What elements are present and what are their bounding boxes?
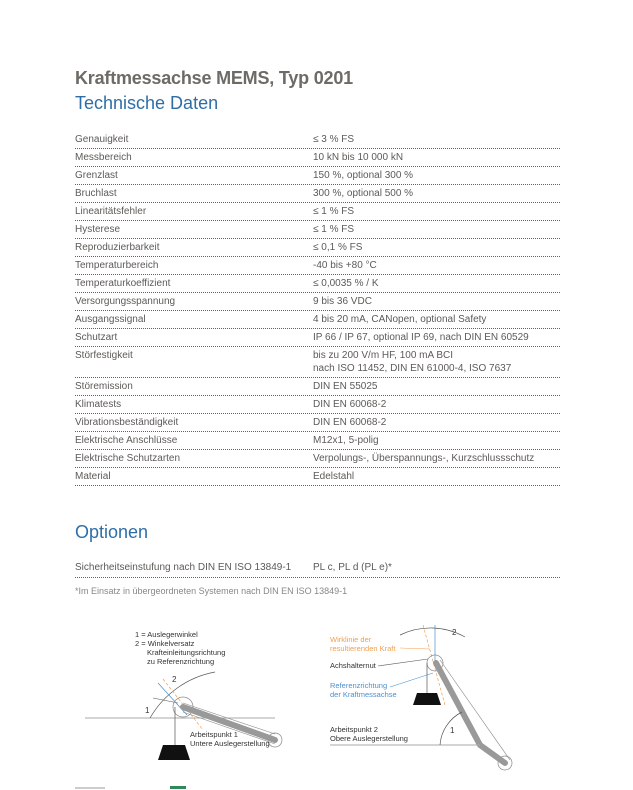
spec-row: MaterialEdelstahl [75, 468, 560, 486]
product-title: Kraftmessachse MEMS, Typ 0201 [75, 68, 353, 89]
spec-value: 9 bis 36 VDC [313, 295, 560, 308]
option-value: PL c, PL d (PL e)* [313, 561, 560, 574]
spec-label: Messbereich [75, 151, 313, 164]
spec-row: Versorgungsspannung9 bis 36 VDC [75, 293, 560, 311]
spec-row: SchutzartIP 66 / IP 67, optional IP 69, … [75, 329, 560, 347]
upper-boom-position: Obere Auslegerstellung [330, 734, 408, 743]
angle-label-1: 1 [450, 726, 455, 735]
reference-direction-label-2: der Kraftmessachse [330, 690, 397, 699]
spec-row: Temperaturbereich-40 bis +80 °C [75, 257, 560, 275]
groove-label: Achshalternut [330, 661, 377, 670]
legend-angle-offset: 2 = Winkelversatz [135, 639, 195, 648]
operating-point-2: Arbeitspunkt 2 [330, 725, 378, 734]
spec-value: bis zu 200 V/m HF, 100 mA BCI nach ISO 1… [313, 349, 560, 375]
reference-direction-label-1: Referenzrichtung [330, 681, 387, 690]
spec-row: Bruchlast300 %, optional 500 % [75, 185, 560, 203]
legend-boom-angle: 1 = Auslegerwinkel [135, 630, 198, 639]
section-title-technical-data: Technische Daten [75, 93, 218, 114]
legend-force-direction: Krafteinleitungsrichtung [147, 648, 225, 657]
spec-value: IP 66 / IP 67, optional IP 69, nach DIN … [313, 331, 560, 344]
spec-row: Ausgangssignal4 bis 20 mA, CANopen, opti… [75, 311, 560, 329]
spec-label: Störfestigkeit [75, 349, 313, 375]
spec-value: ≤ 3 % FS [313, 133, 560, 146]
spec-row: Hysterese≤ 1 % FS [75, 221, 560, 239]
angle-label-2: 2 [452, 628, 457, 637]
force-line-label-1: Wirklinie der [330, 635, 372, 644]
spec-label: Grenzlast [75, 169, 313, 182]
spec-row: Linearitätsfehler≤ 1 % FS [75, 203, 560, 221]
spec-value: DIN EN 55025 [313, 380, 560, 393]
angle-label-2: 2 [172, 675, 177, 684]
spec-row: KlimatestsDIN EN 60068-2 [75, 396, 560, 414]
spec-row: Temperaturkoeffizient≤ 0,0035 % / K [75, 275, 560, 293]
spec-label: Ausgangssignal [75, 313, 313, 326]
spec-row: StöremissionDIN EN 55025 [75, 378, 560, 396]
spec-value: 150 %, optional 300 % [313, 169, 560, 182]
spec-value: Verpolungs-, Überspannungs-, Kurzschluss… [313, 452, 560, 465]
spec-value: ≤ 0,0035 % / K [313, 277, 560, 290]
spec-table: Genauigkeit≤ 3 % FSMessbereich10 kN bis … [75, 131, 560, 486]
diagram-lower-boom-position: 1 = Auslegerwinkel 2 = Winkelversatz Kra… [75, 615, 315, 785]
spec-row: Genauigkeit≤ 3 % FS [75, 131, 560, 149]
diagram-upper-boom-position: Wirklinie der resultierenden Kraft Achsh… [330, 615, 540, 785]
spec-value: DIN EN 60068-2 [313, 398, 560, 411]
spec-label: Schutzart [75, 331, 313, 344]
spec-label: Material [75, 470, 313, 483]
spec-label: Störemission [75, 380, 313, 393]
section-title-options: Optionen [75, 522, 148, 543]
option-row: Sicherheitseinstufung nach DIN EN ISO 13… [75, 561, 560, 578]
footer-mark [75, 787, 105, 789]
spec-value: 300 %, optional 500 % [313, 187, 560, 200]
spec-label: Versorgungsspannung [75, 295, 313, 308]
spec-label: Reproduzierbarkeit [75, 241, 313, 254]
legend-reference-direction: zu Referenzrichtung [147, 657, 214, 666]
spec-row: Störfestigkeitbis zu 200 V/m HF, 100 mA … [75, 347, 560, 378]
force-line-label-2: resultierenden Kraft [330, 644, 396, 653]
spec-label: Temperaturbereich [75, 259, 313, 272]
spec-label: Temperaturkoeffizient [75, 277, 313, 290]
spec-label: Elektrische Schutzarten [75, 452, 313, 465]
angle-label-1: 1 [145, 706, 150, 715]
spec-value: ≤ 1 % FS [313, 205, 560, 218]
operating-point-1: Arbeitspunkt 1 [190, 730, 238, 739]
footnote: *Im Einsatz in übergeordneten Systemen n… [75, 586, 347, 596]
spec-row: Grenzlast150 %, optional 300 % [75, 167, 560, 185]
lower-boom-position: Untere Auslegerstellung [190, 739, 270, 748]
spec-label: Bruchlast [75, 187, 313, 200]
spec-value: 4 bis 20 mA, CANopen, optional Safety [313, 313, 560, 326]
spec-label: Klimatests [75, 398, 313, 411]
spec-label: Vibrationsbeständigkeit [75, 416, 313, 429]
spec-row: Elektrische SchutzartenVerpolungs-, Über… [75, 450, 560, 468]
footer-accent-bar [170, 786, 186, 789]
spec-value: ≤ 1 % FS [313, 223, 560, 236]
spec-value: DIN EN 60068-2 [313, 416, 560, 429]
spec-row: Messbereich10 kN bis 10 000 kN [75, 149, 560, 167]
spec-row: Reproduzierbarkeit≤ 0,1 % FS [75, 239, 560, 257]
spec-label: Hysterese [75, 223, 313, 236]
spec-value: -40 bis +80 °C [313, 259, 560, 272]
spec-label: Linearitätsfehler [75, 205, 313, 218]
spec-label: Genauigkeit [75, 133, 313, 146]
spec-value: Edelstahl [313, 470, 560, 483]
spec-label: Elektrische Anschlüsse [75, 434, 313, 447]
option-label: Sicherheitseinstufung nach DIN EN ISO 13… [75, 561, 313, 574]
spec-row: Elektrische AnschlüsseM12x1, 5-polig [75, 432, 560, 450]
spec-value: M12x1, 5-polig [313, 434, 560, 447]
spec-value: 10 kN bis 10 000 kN [313, 151, 560, 164]
spec-row: VibrationsbeständigkeitDIN EN 60068-2 [75, 414, 560, 432]
spec-value: ≤ 0,1 % FS [313, 241, 560, 254]
